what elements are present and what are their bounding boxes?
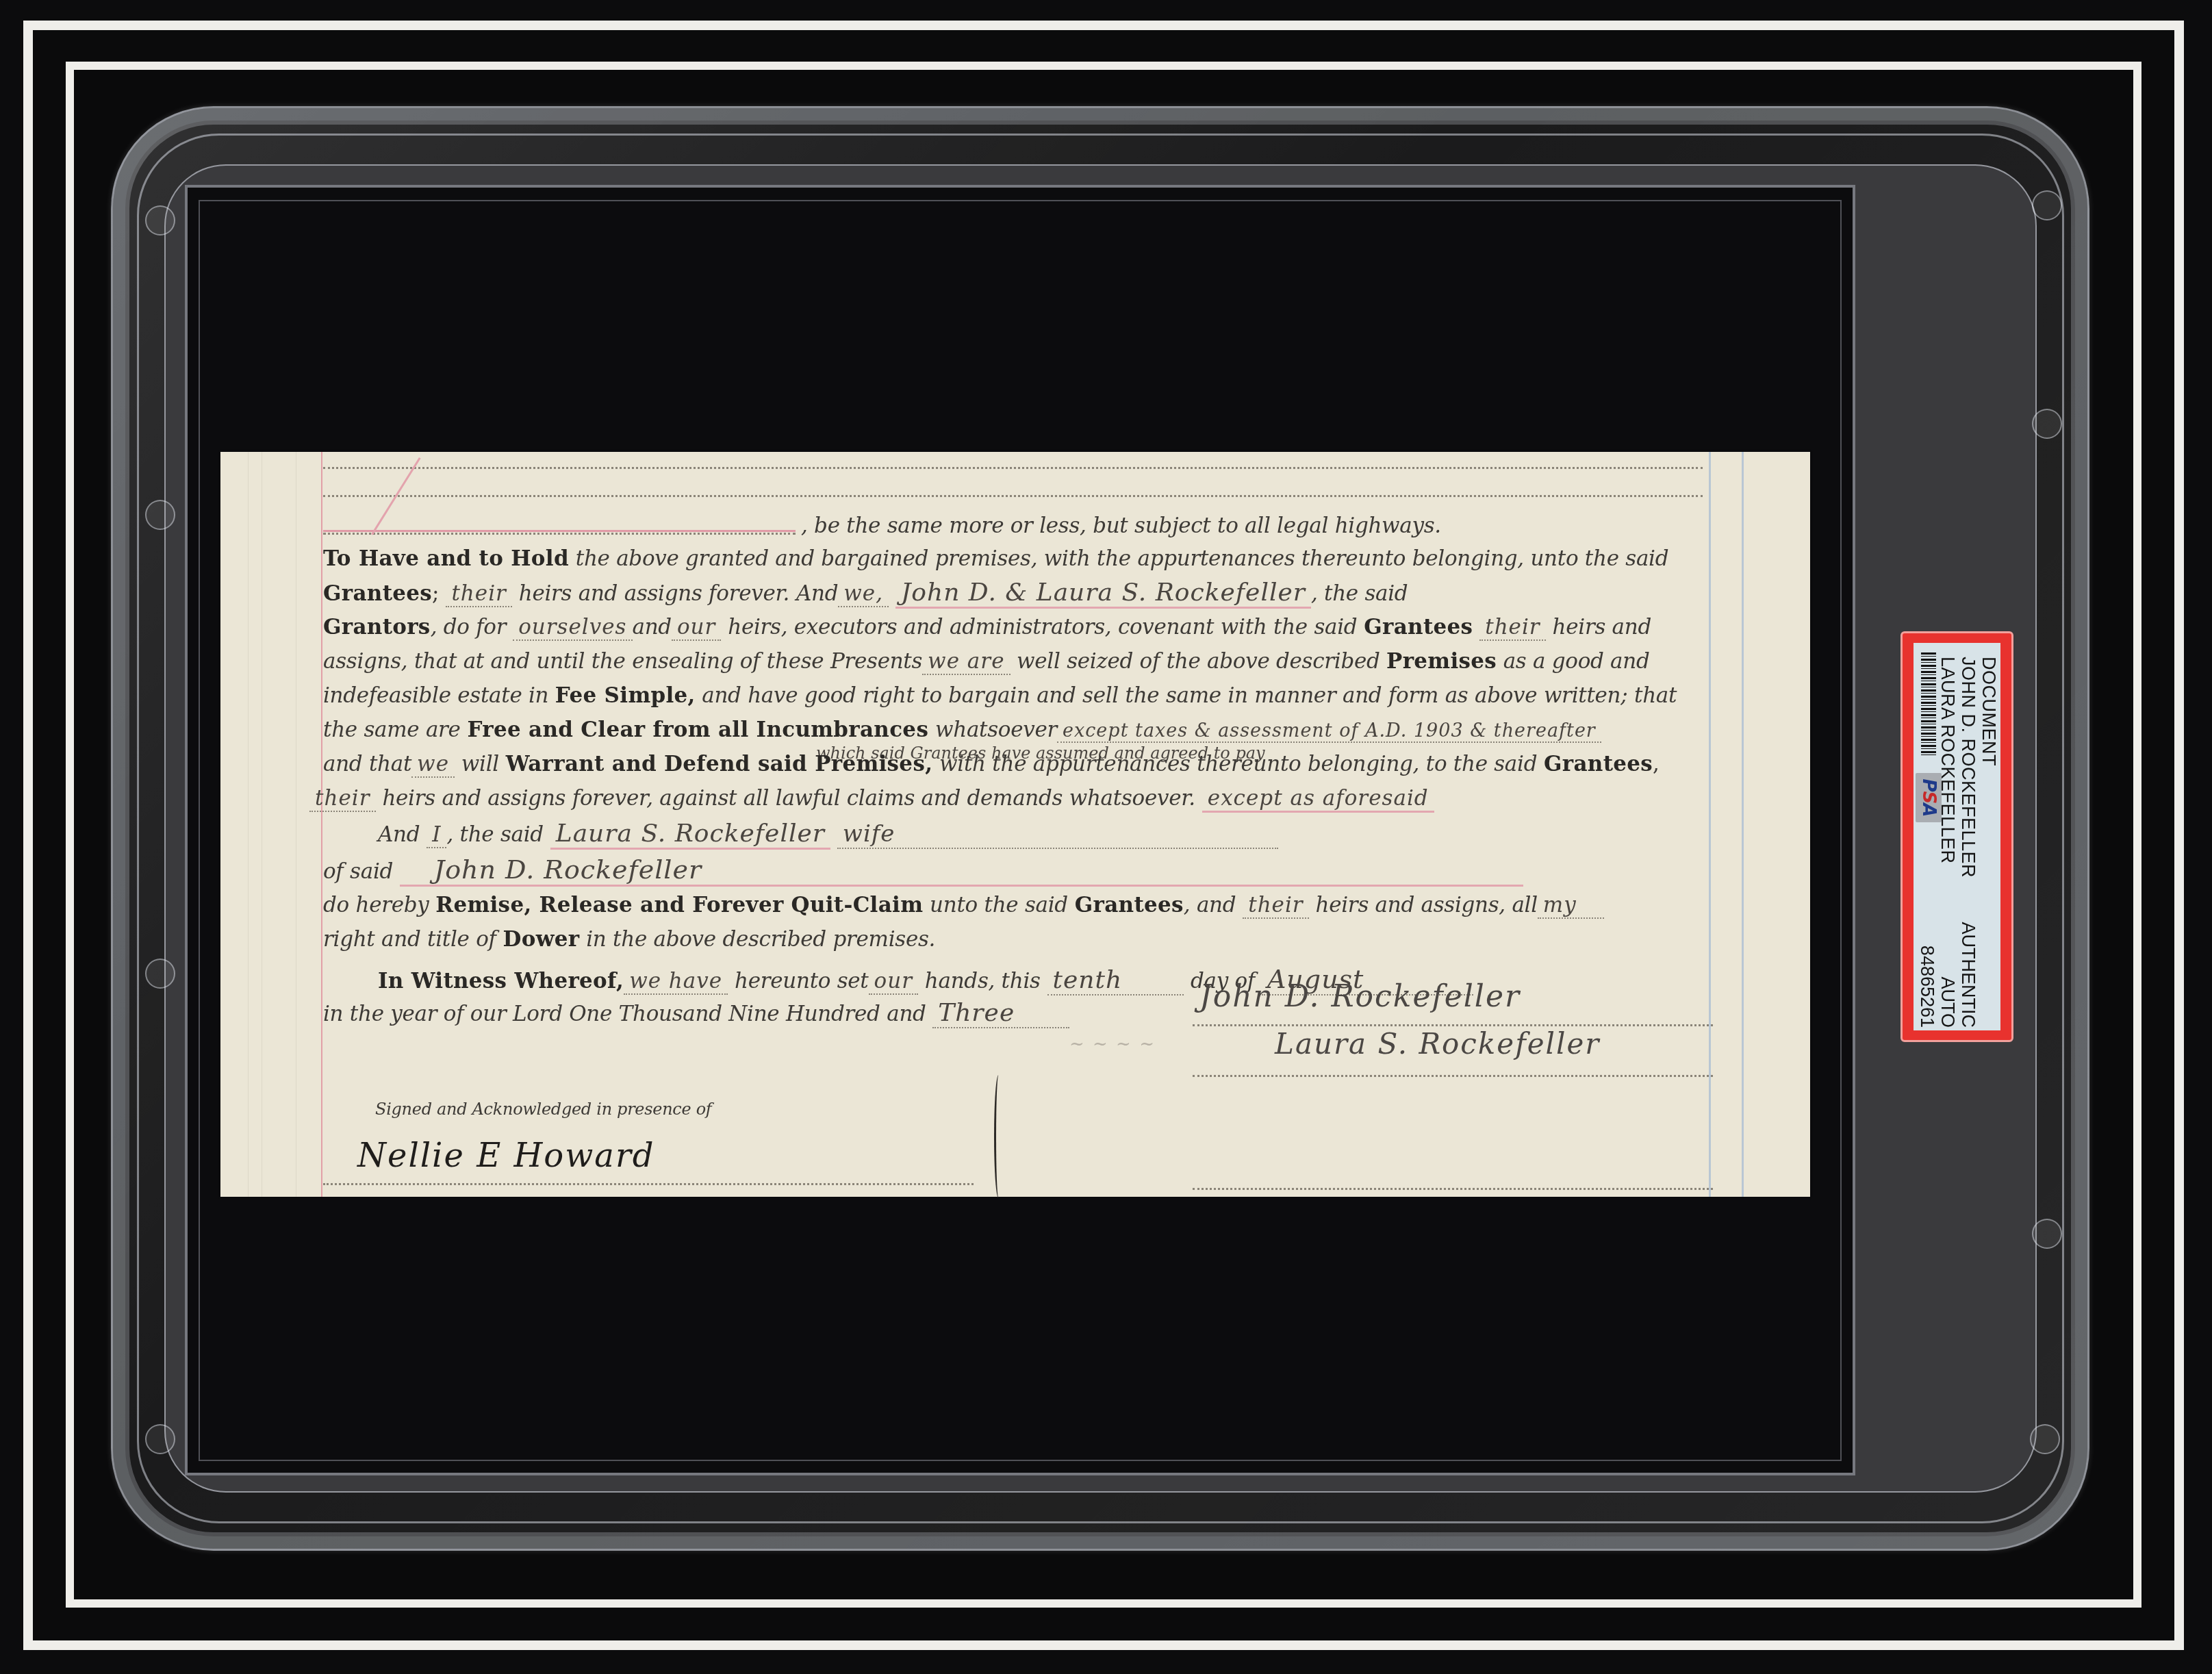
and-text: and bbox=[633, 615, 672, 639]
good-and-text: as a good and bbox=[1503, 649, 1650, 674]
handwritten-their: their bbox=[1479, 615, 1546, 641]
handwritten-ourselves: ourselves bbox=[513, 615, 632, 641]
grantees-line: Grantees; their heirs and assigns foreve… bbox=[323, 579, 1408, 607]
handwritten-except-aforesaid: except as aforesaid bbox=[1202, 786, 1434, 813]
estate-text: indefeasible estate in bbox=[323, 683, 548, 708]
assigns-line: assigns, that at and until the ensealing… bbox=[323, 648, 1649, 675]
heirs-assigns-text: heirs and assigns, all bbox=[1316, 893, 1538, 917]
psa-cert-number: 84865261 bbox=[1917, 946, 1937, 1028]
psa-label-text-block: DOCUMENT JOHN D. ROCKEFELLER AUTHENTIC L… bbox=[1914, 643, 2005, 1035]
handwritten-my: my bbox=[1538, 893, 1604, 919]
seized-text: well seized of the above described bbox=[1017, 649, 1380, 674]
signature-line bbox=[1193, 1075, 1713, 1077]
quit-claim-label: Remise, Release and Forever Quit-Claim bbox=[435, 893, 923, 917]
psa-grade-2: AUTO bbox=[1937, 976, 1958, 1028]
handwritten-we: we, bbox=[838, 581, 889, 607]
whatsoever-text: whatsoever bbox=[935, 718, 1057, 742]
habendum-text: the above granted and bargained premises… bbox=[576, 546, 1668, 571]
signature-line bbox=[1193, 1188, 1713, 1190]
dotted-line bbox=[323, 533, 796, 535]
dower-label: Dower bbox=[503, 927, 580, 952]
right-title-text: right and title of bbox=[323, 927, 496, 952]
the-said-text: , the said bbox=[1311, 581, 1408, 606]
red-margin-line bbox=[321, 452, 322, 1197]
paper-rule bbox=[262, 452, 262, 1197]
assigns-text: assigns, that at and until the ensealing… bbox=[323, 649, 922, 674]
handwritten-i: I bbox=[427, 822, 446, 848]
grantors-text: , do for bbox=[431, 615, 507, 639]
warrant-and-defend-label: Warrant and Defend said Premises, bbox=[506, 752, 932, 776]
hereunto-text: hereunto set bbox=[735, 969, 869, 993]
slab-peg-top-left bbox=[145, 205, 175, 236]
same-are-text: the same are bbox=[323, 718, 461, 742]
grantors-line: Grantors, do for ourselvesandour heirs, … bbox=[323, 613, 1651, 641]
slab-peg-right-upper bbox=[2032, 409, 2062, 439]
handwritten-day: tenth bbox=[1047, 966, 1184, 995]
unto-text: unto the said bbox=[930, 893, 1068, 917]
highways-clause: , be the same more or less, but subject … bbox=[801, 512, 1441, 540]
punct: ; bbox=[432, 581, 439, 606]
premises-text: in the above described premises. bbox=[586, 927, 935, 952]
signature-bracket bbox=[994, 1075, 1003, 1198]
remise-line: do hereby Remise, Release and Forever Qu… bbox=[323, 891, 1604, 919]
slab-peg-bottom-right bbox=[2030, 1424, 2060, 1454]
grantees-label: Grantees bbox=[323, 581, 432, 606]
fee-simple-label: Fee Simple, bbox=[555, 683, 696, 708]
dower-intro-line: And I, the said Laura S. Rockefeller wif… bbox=[378, 820, 1278, 848]
of-said-line: of said John D. Rockefeller bbox=[323, 856, 1523, 885]
grantors-label: Grantors bbox=[323, 615, 431, 639]
deed-document: , be the same more or less, but subject … bbox=[220, 452, 1810, 1197]
habendum-line: To Have and to Hold the above granted an… bbox=[323, 545, 1668, 572]
psa-category: DOCUMENT bbox=[1979, 657, 1999, 766]
slab-peg-top-right bbox=[2032, 190, 2062, 220]
dotted-line bbox=[323, 467, 1703, 469]
covenant-text: heirs, executors and administrators, cov… bbox=[728, 615, 1357, 639]
will-text: will bbox=[461, 752, 499, 776]
punct: , bbox=[1653, 752, 1660, 776]
handwritten-grantor-names: John D. & Laura S. Rockefeller bbox=[895, 579, 1311, 609]
lawful-claims-text: heirs and assigns forever, against all l… bbox=[382, 786, 1195, 811]
handwritten-john-name: John D. Rockefeller bbox=[400, 854, 1523, 887]
blue-margin-line bbox=[1709, 452, 1711, 1197]
and-text: , and bbox=[1184, 893, 1236, 917]
handwritten-year: Three bbox=[932, 999, 1069, 1028]
dower-line: right and title of Dower in the above de… bbox=[323, 926, 935, 953]
blue-margin-line bbox=[1742, 452, 1744, 1197]
witness-caption: Signed and Acknowledged in presence of bbox=[375, 1095, 711, 1123]
signature-line bbox=[1193, 1024, 1713, 1026]
red-strikeout-line bbox=[323, 530, 796, 532]
handwritten-their: their bbox=[446, 581, 512, 607]
psa-subject-2: LAURA ROCKEFELLER bbox=[1937, 657, 1958, 864]
handwritten-our: our bbox=[672, 615, 721, 641]
heirs-text: heirs and bbox=[1553, 615, 1651, 639]
signature-john-d-rockefeller: John D. Rockefeller bbox=[1199, 979, 1521, 1014]
slab-peg-left-upper bbox=[145, 500, 175, 530]
bargain-text: and have good right to bargain and sell … bbox=[702, 683, 1677, 708]
in-witness-whereof-label: In Witness Whereof, bbox=[378, 969, 624, 993]
of-said-text: of said bbox=[323, 859, 393, 884]
psa-logo-icon: PSA bbox=[1916, 773, 1942, 822]
dotted-line bbox=[323, 1183, 974, 1185]
handwritten-our: our bbox=[869, 969, 918, 995]
habendum-heading: To Have and to Hold bbox=[323, 546, 569, 571]
psa-certification-label: DOCUMENT JOHN D. ROCKEFELLER AUTHENTIC L… bbox=[1900, 631, 2013, 1042]
handwritten-their: their bbox=[309, 786, 376, 812]
heirs-line: their heirs and assigns forever, against… bbox=[309, 785, 1434, 812]
the-said-text: , the said bbox=[446, 822, 543, 847]
appurtenances-text: with the appurtenances thereunto belongi… bbox=[939, 752, 1537, 776]
handwritten-laura-name: Laura S. Rockefeller bbox=[550, 820, 830, 850]
handwritten-we: we bbox=[411, 752, 455, 778]
slab-peg-left-lower bbox=[145, 959, 175, 989]
grantees-text: heirs and assigns forever. bbox=[519, 581, 789, 606]
dotted-line bbox=[323, 495, 1703, 497]
year-text: in the year of our Lord One Thousand Nin… bbox=[323, 1002, 926, 1026]
grantees-label: Grantees bbox=[1364, 615, 1473, 639]
hands-text: hands bbox=[925, 969, 989, 993]
this-text: , this bbox=[989, 969, 1041, 993]
year-line: in the year of our Lord One Thousand Nin… bbox=[323, 1000, 1069, 1028]
handwritten-wife: wife bbox=[837, 820, 1279, 849]
fee-simple-line: indefeasible estate in Fee Simple, and h… bbox=[323, 682, 1677, 709]
grantees-label: Grantees bbox=[1075, 893, 1184, 917]
do-hereby-text: do hereby bbox=[323, 893, 429, 917]
paper-rule bbox=[296, 452, 296, 1197]
paper-rule bbox=[248, 452, 249, 1197]
signature-laura-s-rockefeller: Laura S. Rockefeller bbox=[1275, 1027, 1600, 1061]
and-text: And bbox=[378, 822, 420, 847]
free-and-clear-label: Free and Clear from all Incumbrances bbox=[468, 718, 929, 742]
handwritten-we-have: we have bbox=[624, 969, 728, 995]
warrant-line: and thatwe will Warrant and Defend said … bbox=[323, 750, 1660, 778]
and-that-text: and that bbox=[323, 752, 411, 776]
handwritten-their: their bbox=[1243, 893, 1309, 919]
grantees-label: Grantees bbox=[1544, 752, 1653, 776]
slab-peg-right-lower bbox=[2032, 1219, 2062, 1249]
barcode-icon bbox=[1921, 652, 1936, 755]
slab-peg-bottom-left bbox=[145, 1424, 175, 1454]
faint-pencil-notation: ~ ~ ~ ~ bbox=[1069, 1034, 1156, 1054]
psa-grade-1: AUTHENTIC bbox=[1958, 922, 1979, 1028]
handwritten-we-are: we are bbox=[922, 649, 1010, 675]
psa-subject-1: JOHN D. ROCKEFELLER bbox=[1958, 657, 1979, 878]
witness-signature: Nellie E Howard bbox=[357, 1137, 655, 1175]
and-text: And bbox=[796, 581, 838, 606]
premises-label: Premises bbox=[1386, 649, 1497, 674]
